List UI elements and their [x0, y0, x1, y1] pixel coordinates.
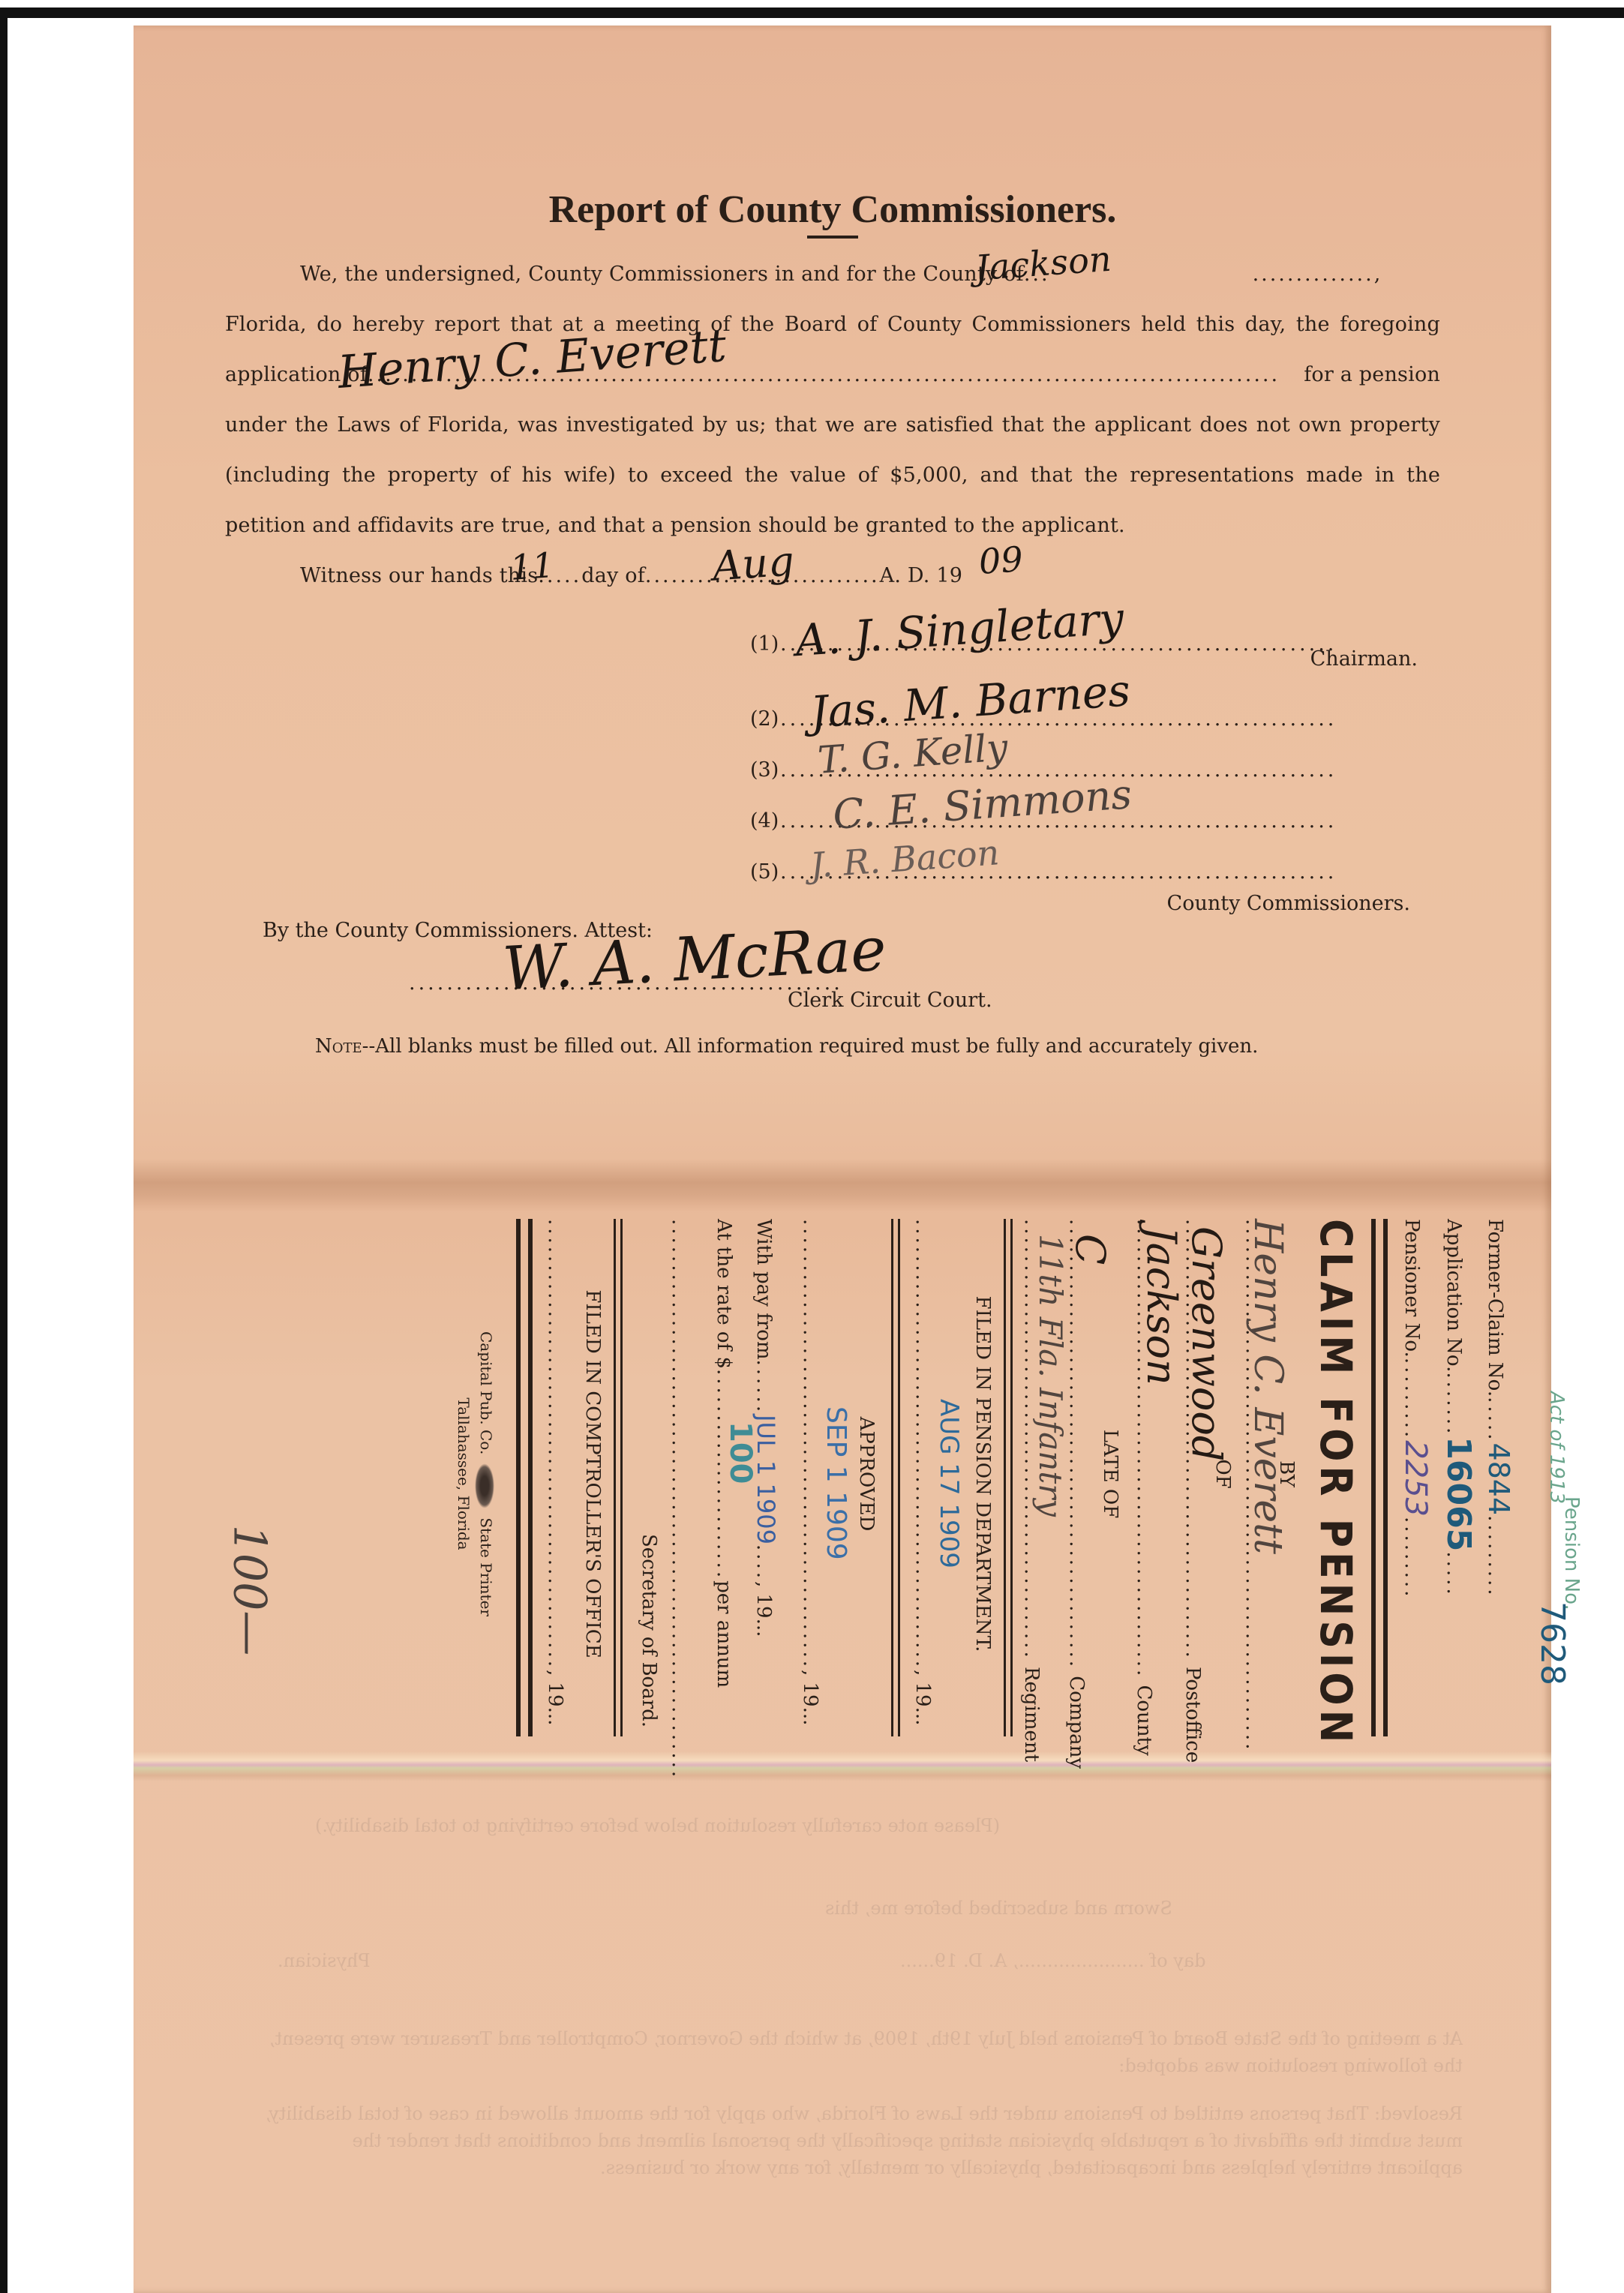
county-handwritten: Jackson	[974, 234, 1113, 294]
instructions-note: Note--All blanks must be filled out. All…	[315, 1035, 1258, 1058]
claimant-handwritten: Henry C. Everett	[1245, 1219, 1290, 1554]
bleed-through-text: Resolved: That persons entitled to Pensi…	[263, 2100, 1463, 2181]
secretary-signature-line: ........................................…	[668, 1219, 690, 1729]
bleed-through-text: day of ......................, A. D. 19.…	[900, 1950, 1205, 1971]
report-text: for a pension	[1304, 350, 1440, 400]
double-rule	[516, 1219, 533, 1736]
signature-row-5: (5).....................................…	[750, 847, 1440, 898]
report-text: We, the undersigned, County Commissioner…	[300, 263, 1024, 286]
title-rule	[807, 236, 858, 239]
filed-comptroller-date-row: ........................................…	[544, 1219, 566, 1729]
report-line-4: under the Laws of Florida, was investiga…	[225, 400, 1440, 450]
claim-title: CLAIM FOR PENSION	[1310, 1219, 1361, 1729]
clerk-label: Clerk Circuit Court.	[788, 989, 992, 1012]
paper-fold-crease	[134, 1159, 1551, 1211]
double-rule	[1004, 1219, 1013, 1736]
claim-for-pension-section: Former-Claim No......4844......... Act o…	[263, 1219, 1538, 1759]
postoffice-handwritten: Greenwood	[1183, 1226, 1230, 1461]
printer-imprint: Capital Pub. Co.State Printer	[476, 1219, 496, 1729]
bleed-through-text: At a meeting of the State Board of Pensi…	[263, 2025, 1463, 2079]
pension-number-stamp: 7628	[1533, 1601, 1571, 2111]
filed-pension-label: FILED IN PENSION DEPARTMENT.	[971, 1219, 994, 1729]
application-number: 16065	[1439, 1436, 1478, 1551]
county-commissioners-label: County Commissioners.	[1167, 892, 1410, 915]
filed-pension-date-row: ........................................…	[911, 1219, 934, 1729]
margin-note-handwritten: 100—	[223, 1525, 275, 1656]
regiment-handwritten: 11th Fla. Infantry	[1032, 1234, 1069, 1517]
report-line-6: petition and affidavits are true, and th…	[225, 500, 1440, 551]
double-rule	[891, 1219, 900, 1736]
report-title: Report of County Commissioners.	[225, 188, 1440, 233]
bleed-through-text: Physician.	[278, 1950, 371, 1971]
witness-year-handwritten: 09	[977, 534, 1025, 587]
report-section: Report of County Commissioners. We, the …	[225, 188, 1440, 601]
approved-date-stamp: SEP 1 1909	[821, 1406, 851, 1916]
double-rule	[614, 1219, 623, 1736]
scan-background	[8, 18, 131, 2293]
witness-line: Witness our hands this.....11day of.....…	[225, 551, 1440, 601]
company-handwritten: C	[1067, 1234, 1114, 1265]
filed-comptroller-label: FILED IN COMPTROLLER'S OFFICE	[581, 1219, 604, 1729]
late-of-label: LATE OF	[1099, 1219, 1121, 1729]
pensioner-number: 2253	[1398, 1440, 1433, 1517]
witness-day-handwritten: 11	[509, 540, 556, 593]
pensioner-row: Pensioner No..........2253.........	[1398, 1219, 1433, 1729]
witness-month-handwritten: Aug	[711, 536, 796, 591]
printer-city: Tallahassee, Florida	[455, 1219, 473, 1729]
witness-text: Witness our hands this	[300, 564, 538, 587]
approved-label: APPROVED	[855, 1219, 878, 1729]
rate-row: At the rate of $.......................p…	[713, 1219, 735, 1729]
chairman-label: Chairman.	[1310, 647, 1418, 671]
scan-border-top	[0, 8, 1624, 18]
county-handwritten: Jackson	[1138, 1226, 1185, 1385]
bleed-through-text: Sworn and subscribed before me, this	[825, 1898, 1172, 1919]
scan-border-left	[0, 8, 8, 2293]
secretary-label: Secretary of Board.	[638, 1534, 660, 2044]
witness-text: day of	[581, 564, 645, 587]
application-row: Application No........16065.....	[1439, 1219, 1478, 1729]
former-claim-row: Former-Claim No......4844.........	[1482, 1219, 1515, 1729]
commissioner-signatures: (1).....................................…	[750, 619, 1440, 920]
approved-date-row: ........................................…	[799, 1219, 821, 1729]
report-line-3: application of..........................…	[225, 350, 1440, 400]
report-line-1: We, the undersigned, County Commissioner…	[225, 249, 1440, 299]
witness-text: A. D. 19	[880, 564, 962, 587]
double-rule	[1371, 1219, 1388, 1736]
former-claim-number: 4844	[1482, 1442, 1515, 1515]
report-line-5: (including the property of his wife) to …	[225, 450, 1440, 500]
printer-emblem-icon	[476, 1463, 495, 1508]
bleed-through-text: (Please note carefully resolution below …	[315, 1815, 1000, 1836]
